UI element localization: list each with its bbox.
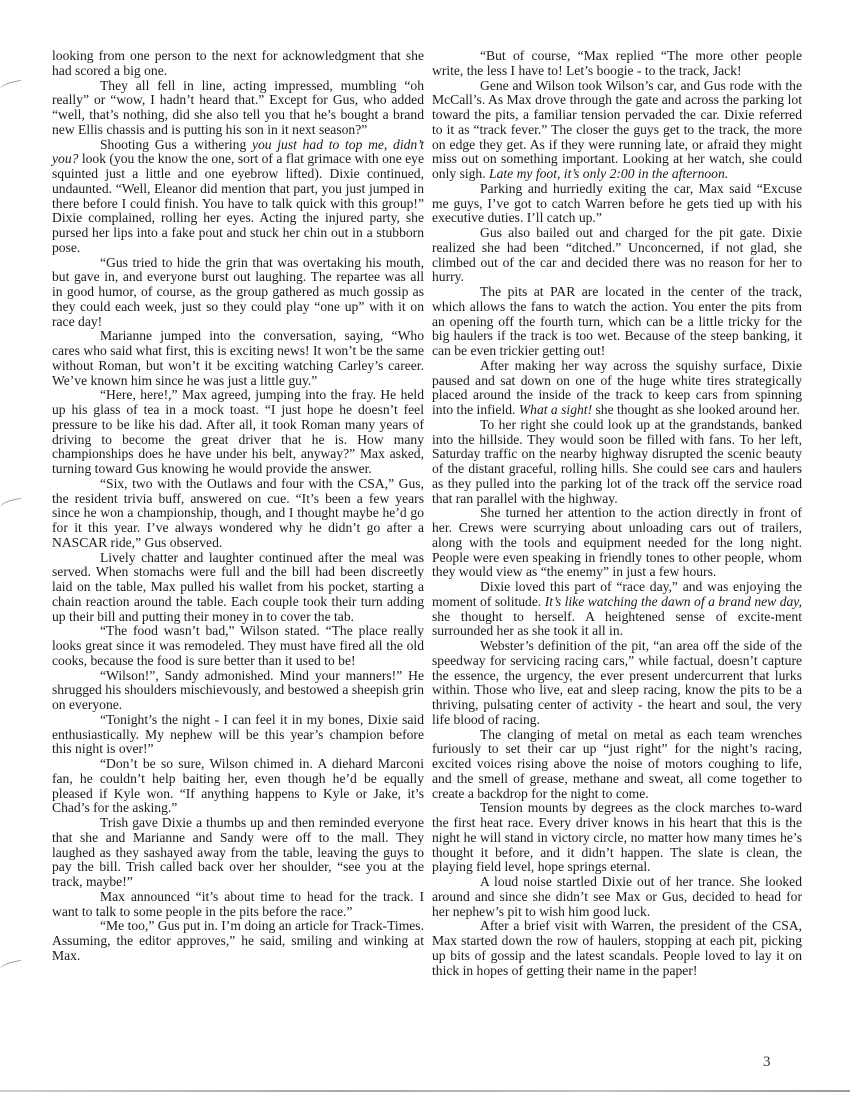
paragraph: After making her way across the squishy … (432, 359, 802, 418)
text-segment: looking from one person to the next for … (52, 48, 424, 78)
text-segment: “Six, two with the Outlaws and four with… (52, 476, 424, 550)
text-segment: Tension mounts by degrees as the clock m… (432, 800, 802, 874)
paragraph: Webster’s definition of the pit, “an are… (432, 639, 802, 728)
text-segment: “Tonight’s the night - I can feel it in … (52, 712, 424, 757)
text-segment: She turned her attention to the action d… (432, 505, 802, 579)
paragraph: Trish gave Dixie a thumbs up and then re… (52, 816, 424, 890)
paragraph: Tension mounts by degrees as the clock m… (432, 801, 802, 875)
text-segment: Shooting Gus a withering (100, 137, 252, 152)
text-segment: she thought as she looked around her. (592, 402, 800, 417)
paragraph: Lively chatter and laughter continued af… (52, 551, 424, 625)
paragraph: Shooting Gus a withering you just had to… (52, 138, 424, 256)
text-segment: “Wilson!”, Sandy admonished. Mind your m… (52, 668, 424, 713)
page-bottom-rule (0, 1090, 850, 1092)
text-segment: Webster’s definition of the pit, “an are… (432, 638, 802, 727)
scan-margin-mark (0, 80, 23, 93)
text-segment: she thought to herself. A heightened sen… (432, 609, 802, 639)
paragraph: “But of course, “Max replied “The more o… (432, 49, 802, 79)
text-segment: The clanging of metal on metal as each t… (432, 727, 802, 801)
text-segment: A loud noise startled Dixie out of her t… (432, 874, 802, 919)
italic-text: What a sight! (519, 402, 592, 417)
paragraph: Gene and Wilson took Wilson’s car, and G… (432, 79, 802, 182)
paragraph: “Six, two with the Outlaws and four with… (52, 477, 424, 551)
paragraph: “Me too,” Gus put in. I’m doing an artic… (52, 919, 424, 963)
paragraph: They all fell in line, acting impressed,… (52, 79, 424, 138)
page-number: 3 (763, 1054, 771, 1071)
paragraph: “Gus tried to hide the grin that was ove… (52, 256, 424, 330)
paragraph: Marianne jumped into the conversation, s… (52, 329, 424, 388)
text-segment: look (you the know the one, sort of a fl… (52, 151, 424, 255)
text-segment: Trish gave Dixie a thumbs up and then re… (52, 815, 424, 889)
paragraph: “The food wasn’t bad,” Wilson stated. “T… (52, 624, 424, 668)
paragraph: “Wilson!”, Sandy admonished. Mind your m… (52, 669, 424, 713)
italic-text: It’s like watching the dawn of a brand n… (545, 594, 802, 609)
text-segment: “Don’t be so sure, Wilson chimed in. A d… (52, 756, 424, 815)
paragraph: “Don’t be so sure, Wilson chimed in. A d… (52, 757, 424, 816)
paragraph: The clanging of metal on metal as each t… (432, 728, 802, 802)
paragraph: She turned her attention to the action d… (432, 506, 802, 580)
italic-text: Late my foot, it’s only 2:00 in the afte… (489, 166, 728, 181)
paragraph: looking from one person to the next for … (52, 49, 424, 79)
text-segment: “Gus tried to hide the grin that was ove… (52, 255, 424, 329)
text-segment: “Here, here!,” Max agreed, jumping into … (52, 387, 424, 476)
paragraph: Dixie loved this part of “race day,” and… (432, 580, 802, 639)
text-segment: “The food wasn’t bad,” Wilson stated. “T… (52, 623, 424, 668)
text-segment: Parking and hurriedly exiting the car, M… (432, 181, 802, 226)
scan-margin-mark (0, 960, 23, 973)
paragraph: A loud noise startled Dixie out of her t… (432, 875, 802, 919)
text-segment: “But of course, “Max replied “The more o… (432, 48, 802, 78)
text-segment: Marianne jumped into the conversation, s… (52, 328, 424, 387)
text-segment: Max announced “it’s about time to head f… (52, 889, 424, 919)
document-page: looking from one person to the next for … (0, 0, 850, 1100)
right-text-column: “But of course, “Max replied “The more o… (432, 49, 802, 978)
paragraph: To her right she could look up at the gr… (432, 418, 802, 507)
text-segment: They all fell in line, acting impressed,… (52, 78, 424, 137)
text-segment: To her right she could look up at the gr… (432, 417, 802, 506)
text-segment: The pits at PAR are located in the cente… (432, 284, 802, 358)
paragraph: Gus also bailed out and charged for the … (432, 226, 802, 285)
paragraph: Max announced “it’s about time to head f… (52, 890, 424, 920)
scan-margin-mark (0, 498, 23, 511)
text-segment: “Me too,” Gus put in. I’m doing an artic… (52, 918, 424, 963)
paragraph: After a brief visit with Warren, the pre… (432, 919, 802, 978)
text-segment: Gus also bailed out and charged for the … (432, 225, 802, 284)
text-segment: After a brief visit with Warren, the pre… (432, 918, 802, 977)
paragraph: Parking and hurriedly exiting the car, M… (432, 182, 802, 226)
left-text-column: looking from one person to the next for … (52, 49, 424, 964)
paragraph: The pits at PAR are located in the cente… (432, 285, 802, 359)
paragraph: “Here, here!,” Max agreed, jumping into … (52, 388, 424, 477)
text-segment: Lively chatter and laughter continued af… (52, 550, 424, 624)
paragraph: “Tonight’s the night - I can feel it in … (52, 713, 424, 757)
